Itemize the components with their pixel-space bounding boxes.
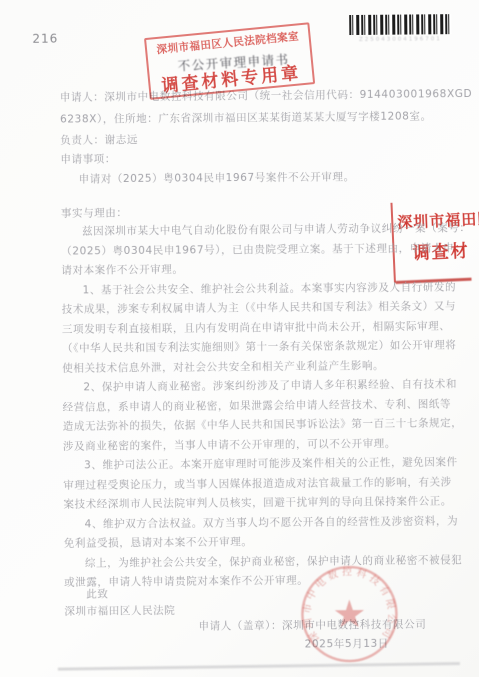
seal-star-icon: ★ — [332, 592, 366, 636]
closing-salute: 此致 — [86, 586, 108, 601]
company-seal: 深圳市中电数控科技有限公司 ★ — [292, 557, 407, 672]
page-number: 216 — [32, 32, 58, 46]
request-heading: 申请事项： — [60, 151, 116, 166]
applicant-line: 6238X），住所地：广东省深圳市福田区某某街道某某大厦写字楼1208室。 — [60, 108, 464, 127]
barcode-digits: Z25043004196701 — [349, 36, 451, 43]
scanned-document-page: 216 Z25043004196701 不公开审理申请书 深圳市福田区人民法院档… — [0, 0, 479, 677]
facts-body: 兹因深圳市某大中电气自动化股份有限公司与申请人劳动争议纠纷一案（案号：（2025… — [61, 219, 468, 593]
body-line: 或泄露，申请人特申请贵院对本案作不公开审理。 — [64, 570, 468, 593]
barcode — [349, 14, 451, 35]
scan-content: 216 Z25043004196701 不公开审理申请书 深圳市福田区人民法院档… — [0, 0, 479, 677]
closing-court-name: 深圳市福田区人民法院 — [64, 603, 175, 619]
request-line: 申请对（2025）粤0304民申1967号案件不公开审理。 — [79, 169, 355, 186]
archive-stamp-court-line: 深圳市福田区人民法院档案室 — [146, 27, 309, 57]
facts-heading: 事实与理由： — [61, 205, 128, 221]
applicant-block: 申请人：深圳市中电数控科技有限公司（统一社会信用代码：914403001968X… — [60, 86, 465, 154]
applicant-line: 负责人：谢志远 — [60, 129, 464, 148]
